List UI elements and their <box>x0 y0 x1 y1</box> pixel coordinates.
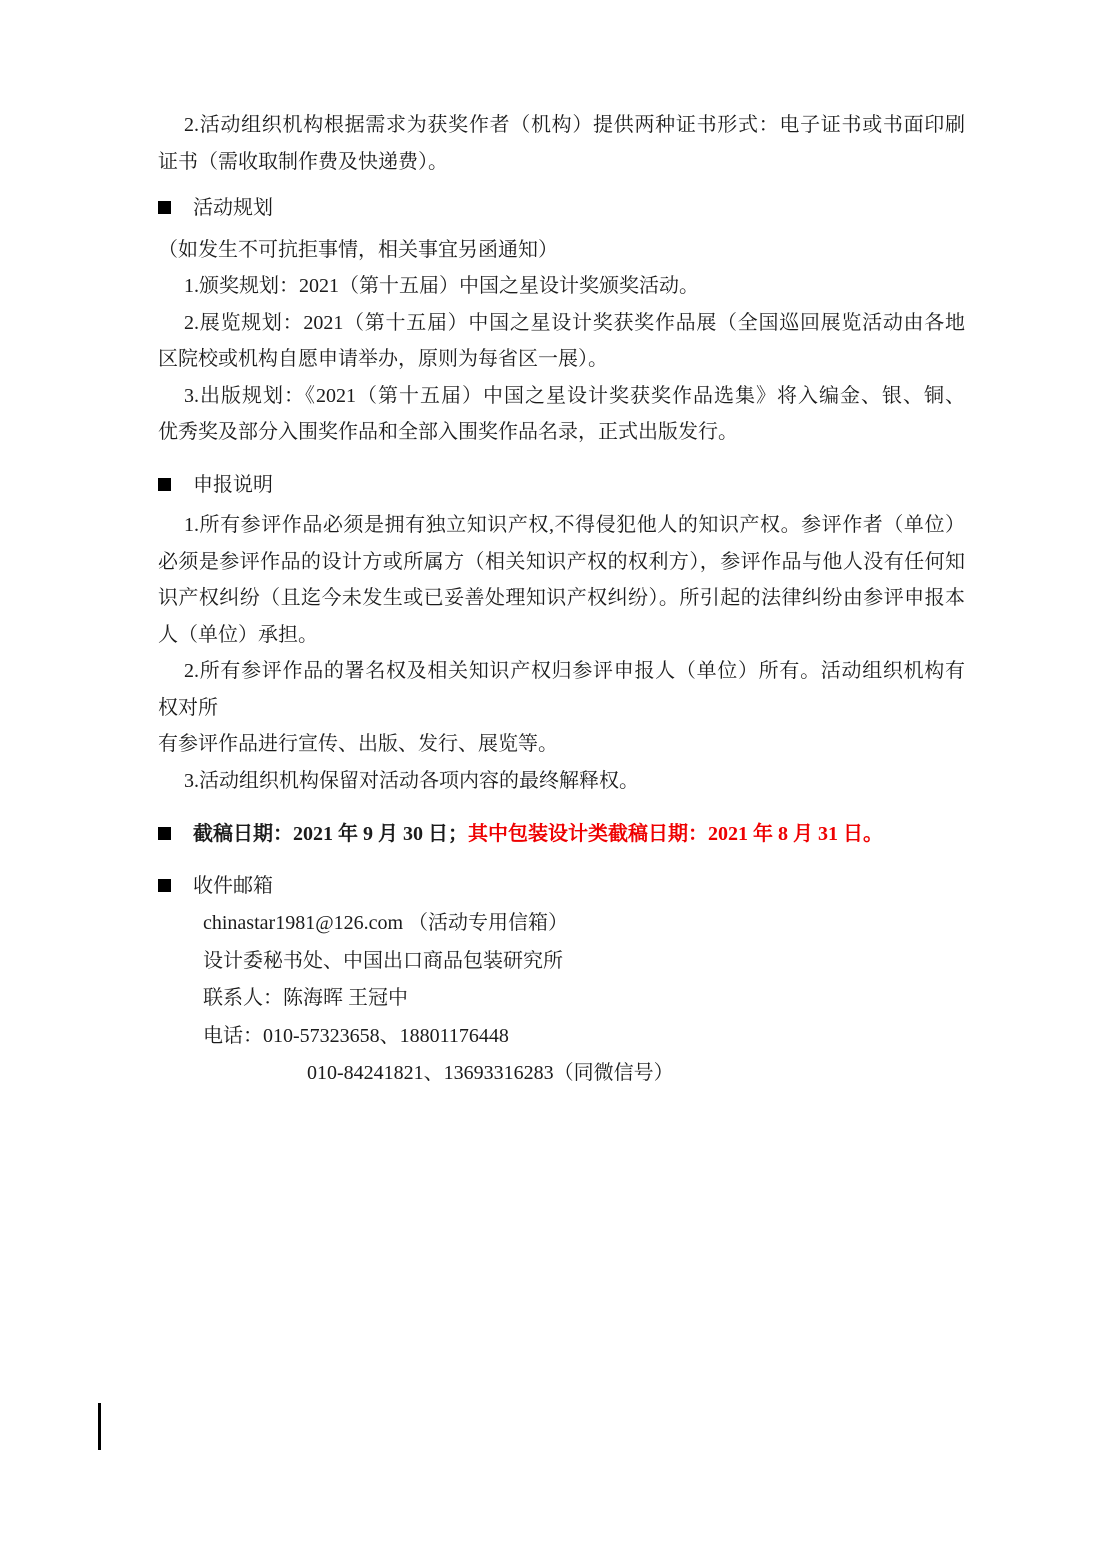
apply-item2-line2: 权对所 <box>158 690 965 727</box>
plan-item1-line: 1.颁奖规划：2021（第十五届）中国之星设计奖颁奖活动。 <box>158 268 965 305</box>
apply-item1-line4: 人（单位）承担。 <box>158 617 965 654</box>
plan-item2-line1: 2.展览规划：2021（第十五届）中国之星设计奖获奖作品展（全国巡回展览活动由各… <box>158 305 965 342</box>
deadline-text: 截稿日期：2021 年 9 月 30 日； <box>193 823 468 845</box>
plan-item3-line2: 优秀奖及部分入围奖作品和全部入围奖作品名录，正式出版发行。 <box>158 414 965 451</box>
plan-item3-line1: 3.出版规划：《2021（第十五届）中国之星设计奖获奖作品选集》将入编金、银、铜… <box>158 378 965 415</box>
apply-item3-line: 3.活动组织机构保留对活动各项内容的最终解释权。 <box>158 763 965 800</box>
apply-item2-line3: 有参评作品进行宣传、出版、发行、展览等。 <box>158 726 965 763</box>
contact-persons-line: 联系人：陈海晖 王冠中 <box>203 980 965 1018</box>
apply-item1-line2: 必须是参评作品的设计方或所属方（相关知识产权的权利方），参评作品与他人没有任何知 <box>158 544 965 581</box>
document-body: 2.活动组织机构根据需求为获奖作者（机构）提供两种证书形式：电子证书或书面印刷 … <box>158 107 965 1093</box>
section-header-application-notes: 申报说明 <box>158 467 965 504</box>
plan-item2-line2: 区院校或机构自愿申请举办，原则为每省区一展）。 <box>158 341 965 378</box>
section-title: 活动规划 <box>193 197 273 219</box>
text-cursor-mark <box>98 1403 101 1450</box>
plan-note-line: （如发生不可抗拒事情，相关事宜另函通知） <box>158 232 965 269</box>
contact-phone-line1: 电话：010-57323658、18801176448 <box>203 1018 965 1056</box>
contact-block: chinastar1981@126.com （活动专用信箱） 设计委秘书处、中国… <box>158 905 965 1093</box>
section-title: 收件邮箱 <box>193 875 273 897</box>
section-header-deadline: 截稿日期：2021 年 9 月 30 日；其中包装设计类截稿日期：2021 年 … <box>158 816 965 853</box>
section-bullet-icon <box>158 827 171 840</box>
contact-email-line: chinastar1981@126.com （活动专用信箱） <box>203 905 965 943</box>
section-header-activity-plan: 活动规划 <box>158 190 965 227</box>
apply-item1-line3: 识产权纠纷（且迄今未发生或已妥善处理知识产权纠纷）。所引起的法律纠纷由参评申报本 <box>158 580 965 617</box>
apply-item2-line1: 2.所有参评作品的署名权及相关知识产权归参评申报人（单位）所有。活动组织机构有 <box>158 653 965 690</box>
section-header-mailbox: 收件邮箱 <box>158 868 965 905</box>
document-page: 2.活动组织机构根据需求为获奖作者（机构）提供两种证书形式：电子证书或书面印刷 … <box>0 0 1102 1559</box>
contact-org-line: 设计委秘书处、中国出口商品包装研究所 <box>203 943 965 981</box>
section-bullet-icon <box>158 879 171 892</box>
paragraph-certificate-line1: 2.活动组织机构根据需求为获奖作者（机构）提供两种证书形式：电子证书或书面印刷 <box>158 107 965 144</box>
section-bullet-icon <box>158 201 171 214</box>
section-bullet-icon <box>158 478 171 491</box>
contact-phone-line2: 010-84241821、13693316283（同微信号） <box>203 1055 965 1093</box>
deadline-highlight-text: 其中包装设计类截稿日期：2021 年 8 月 31 日。 <box>468 823 883 845</box>
paragraph-certificate-line2: 证书（需收取制作费及快递费）。 <box>158 144 965 181</box>
section-title: 申报说明 <box>193 474 273 496</box>
apply-item1-line1: 1.所有参评作品必须是拥有独立知识产权,不得侵犯他人的知识产权。参评作者（单位） <box>158 507 965 544</box>
